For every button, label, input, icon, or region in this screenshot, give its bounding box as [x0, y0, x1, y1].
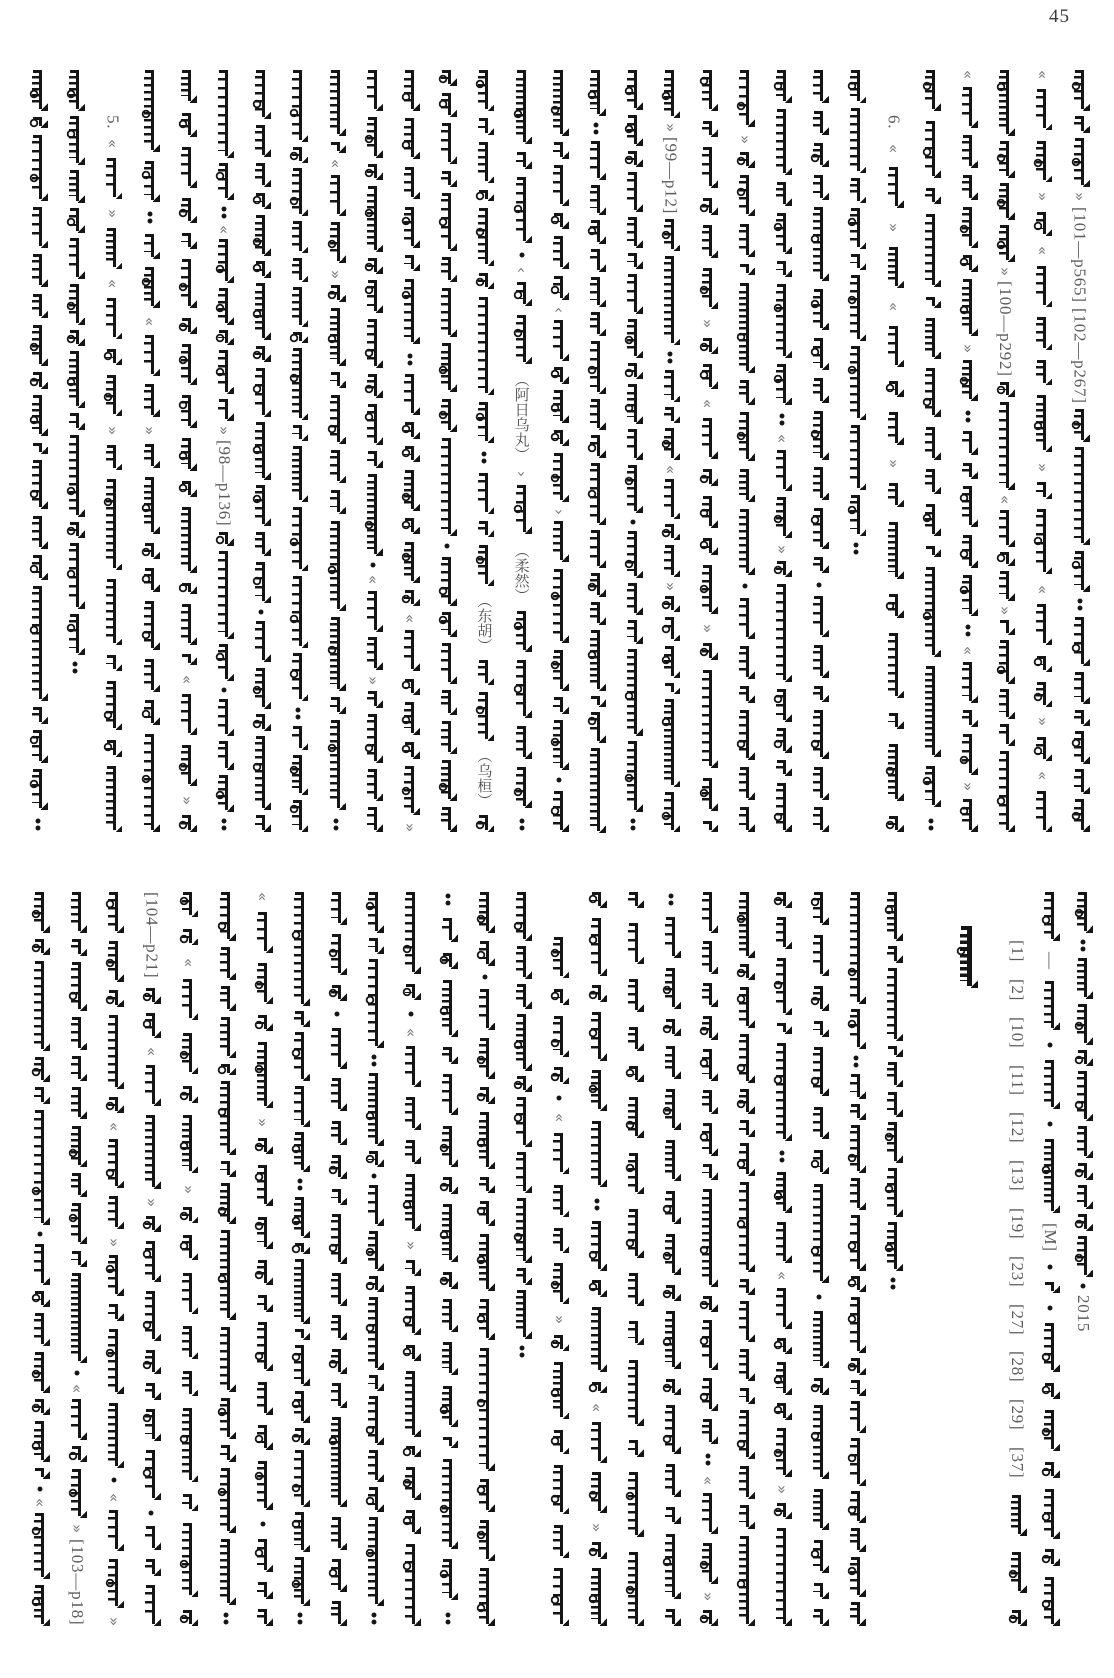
- mongolian-word: ᠶᠢᠨ: [327, 1315, 347, 1340]
- mongolian-word: ᠡᠷᠳᠡᠮᠲᠡᠨ: [401, 1371, 421, 1437]
- mongolian-word: ᠪᠢᠴᠢᠭ: [253, 963, 273, 1004]
- mongolian-word: ᠪᠡᠷ: [65, 208, 85, 233]
- mongolian-word: ᠬᠢᠲᠠᠳ: [475, 989, 495, 1030]
- mongolian-word: ᠲᠡᠢ: [883, 1092, 903, 1117]
- mongolian-word: ᠶᠢ: [65, 413, 85, 429]
- mongolian-word: ᠦᠨ: [698, 198, 718, 214]
- mongolian-word: ᠤᠨ: [1040, 1383, 1060, 1399]
- mongolian-word: ᠬᠡᠯᠡ: [586, 277, 606, 308]
- mongolian-word: ᠬᠡᠯᠡ: [1032, 317, 1052, 350]
- mongolian-word: ᠬᠡᠯᠡᠯᠴᠡᠭᠰᠡᠨ: [67, 1273, 87, 1363]
- mongolian-word: ᠶᠢᠨ: [251, 163, 271, 188]
- mongolian-word: ᠦᠭᠡᠰ: [660, 646, 680, 678]
- mongolian-word: ᠨᠢ: [290, 1011, 310, 1027]
- mongolian-word: ᠬᠡᠯᠡ: [28, 254, 48, 287]
- mongolian-word: ᠲᠡᠢ: [735, 807, 755, 832]
- mongolian-word: ᠡᠷᠲᠡᠨ: [288, 287, 308, 327]
- mongolian-word: ᠣᠷᠴᠢᠭᠤᠯᠵᠤ: [549, 569, 569, 643]
- mongolian-word: ᠪᠠᠢᠬᠤ: [809, 508, 829, 549]
- full-stop-mark: ᠃: [438, 1611, 458, 1626]
- text-column: ᠃ᠡᠨᠡᠬᠦᠰᠤᠳᠤᠯᠭ᠎ᠠᠨᠢᠬᠢᠲᠠᠳᠪᠢᠴᠢᠭᠦᠨᠰᠤᠳᠤᠯᠭ᠎ᠠᠳᠤᠰᠢ…: [436, 892, 460, 1626]
- bracket-mark: 》: [402, 1241, 420, 1250]
- mongolian-word: ᠲᠡᠮᠳᠡᠭᠯᠡᠭᠰᠡᠨ: [437, 438, 457, 536]
- mongolian-word: ᠮᠣᠩᠭᠣᠯ: [921, 368, 941, 417]
- mongolian-word: ᠰᠡᠷᠭᠦᠭᠡᠬᠦ: [178, 1523, 198, 1597]
- mongolian-word: ᠰᠢᠶᠠᠨᠪᠢ: [437, 193, 457, 250]
- mongolian-word: ᠬᠢᠲᠠᠨ: [1007, 1495, 1027, 1536]
- mongolian-word: ᠴᠢᠯᠡᠨ: [772, 1222, 792, 1263]
- comma-mark: ᠂: [809, 581, 829, 589]
- mongolian-word: ᠲᠡᠮᠳᠡᠭᠯᠡᠯ: [104, 1015, 124, 1089]
- mongolian-word: ᠢ: [660, 683, 680, 694]
- text-column: ᠳᠤᠪᠣᠯᠬᠢᠲᠠᠳᠨᠢᠰᠢᠶᠠᠨᠪᠢᠶᠢᠨᠰᠠᠯᠠᠭ᠎ᠠᠪᠣᠯᠤᠨ᠎ᠠᠭᠡᠵᠦ…: [435, 70, 459, 832]
- mongolian-word: ᠳᠤ: [474, 273, 494, 289]
- text-column: ᠡᠰᠡᠷᠭᠦᠨᠢᠲᠡᠮᠳᠡᠭᠯᠡᠯᠢᠬᠢᠷᠲᠡᠢᠪᠠᠢᠭ᠎ᠠᠬᠡᠯᠡᠬᠦᠪᠣᠯᠤ…: [881, 892, 905, 1291]
- mongolian-word: ᠡᠨᠡ: [288, 726, 308, 750]
- mongolian-word: ᠪᠡᠷ: [28, 555, 48, 580]
- mongolian-word: ᠪᠠᠷᠢᠯ: [438, 1386, 458, 1427]
- mongolian-word: ᠬᠢᠲᠠᠳ: [326, 175, 346, 216]
- mongolian-word: ᠤᠨ: [549, 213, 569, 229]
- mongolian-word: ᠴᠢᠳᠠᠭᠰᠠᠨ: [846, 425, 866, 491]
- mongolian-word: ᠣᠯᠵᠤ: [735, 1143, 755, 1176]
- comma-mark: ᠂: [1040, 1263, 1060, 1271]
- comma-mark: ᠂: [437, 542, 457, 550]
- mongolian-word: ᠨᠣᠲᠠᠯᠠᠪᠠ: [400, 279, 420, 345]
- comma-mark: ᠂: [475, 973, 495, 981]
- full-stop-mark: ᠃: [661, 892, 681, 907]
- full-stop-mark: ᠃: [140, 210, 160, 225]
- mongolian-word: ᠪᠠᠢᠨ᠎ᠠ: [958, 575, 978, 616]
- mongolian-word: ᠲᠣᠳᠤᠷᠬᠠᠢ: [846, 275, 866, 341]
- mongolian-word: ᠬᠡᠯᠡ: [735, 1349, 755, 1382]
- mongolian-word: ᠴᠢᠬᠤᠯᠠ: [290, 1032, 310, 1081]
- mongolian-word: ᠪᠣᠯᠤᠨ᠎ᠠ: [883, 1222, 903, 1271]
- bracket-mark: 》: [736, 135, 754, 144]
- mongolian-word: ᠬᠡᠯᠡ: [549, 1185, 569, 1218]
- text-column: ᠪᠣᠯᠬᠤᠶᠢᠲᠣᠭᠲᠠᠭᠠᠭᠰᠠᠨ᠃ᠬᠣᠶᠠᠳᠤᠭᠠᠷᠲᠤ᠂ᠬᠢᠲᠠᠳᠪᠢᠴᠢ…: [362, 892, 386, 1626]
- mongolian-word: ᠡᠨᠡ: [141, 1526, 161, 1551]
- mongolian-word: ᠨᠢᠭᠡᠨᠲᠡ: [288, 446, 308, 502]
- mongolian-word: ᠪᠢᠴᠢᠭ: [178, 1033, 198, 1074]
- mongolian-word: ᠲᠠᠢ: [846, 1528, 866, 1552]
- mongolian-word: ᠪᠠᠢᠭ᠎ᠠ: [475, 1520, 495, 1561]
- mongolian-word: ᠡᠨᠡ: [846, 1074, 866, 1098]
- mongolian-word: ᠲᠠᠢᠯᠪᠤᠷᠢᠯᠠᠭᠳᠠᠭ᠎ᠠ: [475, 1348, 495, 1471]
- mongolian-word: ᠬᠡᠯᠡ: [809, 70, 829, 103]
- mongolian-word: ᠳᠠᠭᠤᠳᠠᠯᠭ᠎ᠠ: [288, 348, 308, 420]
- mongolian-word: ᠳ: [1040, 1282, 1060, 1293]
- mongolian-word: ᠪᠠᠢᠨ᠎ᠠ: [772, 364, 792, 405]
- mongolian-word: ᠪᠡᠷ: [549, 276, 569, 301]
- mongolian-word: ᠡᠰᠡᠷᠭᠦ: [883, 892, 903, 941]
- text-column: ᠪᠣᠯᠬᠤᠶᠢᠡᠷᠲᠡᠨᠦᠲᠣᠭᠤᠪᠴᠢᠳᠤᠲᠡᠮᠳᠡᠭᠯᠡᠭᠰᠡᠨᠪᠠᠢᠨ᠎ᠠ…: [472, 70, 496, 832]
- mongolian-word: ᠴᠢᠬᠤᠯᠠ: [846, 1438, 866, 1486]
- mongolian-word: ᠬᠡᠯᠡ: [623, 217, 643, 249]
- mongolian-word: ᠳᠤ: [30, 939, 50, 955]
- mongolian-word: ᠳᠤ: [735, 964, 755, 980]
- mongolian-word: ᠦᠨ: [67, 1446, 87, 1462]
- mongolian-word: ᠢ: [290, 1329, 310, 1340]
- mongolian-word: ᠶᠢ: [327, 1189, 347, 1205]
- mongolian-word: ᠲᠡᠢ: [809, 175, 829, 200]
- mongolian-word: ᠬᠡᠯᠡ: [251, 125, 271, 158]
- mongolian-word: ᠪᠢᠴᠢᠭ: [698, 1543, 718, 1584]
- mongolian-word: ᠰᠢᠨᠵᠢᠯᠡᠭᠰᠡᠨ: [921, 666, 941, 756]
- mongolian-word: ᠬᠡᠯᠡ: [327, 1273, 347, 1306]
- mongolian-word: ᠬᠢᠲᠠᠳ: [1032, 604, 1052, 645]
- mongolian-word: ᠮᠣᠩᠭᠣᠯ: [735, 1034, 755, 1083]
- mongolian-word: ᠤᠨ: [401, 1345, 421, 1361]
- mongolian-word: ᠬᠠᠮᠤᠭ: [735, 175, 755, 216]
- mongolian-word: ᠤᠨ: [884, 381, 904, 397]
- mongolian-word: ᠬᠢᠲᠠᠳ: [400, 630, 420, 671]
- latin-reference: 5.: [103, 115, 121, 129]
- mongolian-word: ᠮᠣᠩᠭᠣᠯ: [661, 1405, 681, 1454]
- mongolian-word: ᠬᠢᠲᠠᠳ: [102, 298, 122, 339]
- mongolian-word: ᠮᠣᠩᠭᠣᠯ: [214, 239, 234, 283]
- mongolian-word: ᠨᠣᠲᠠᠯᠭ᠎ᠠ: [251, 422, 271, 479]
- mongolian-word: ᠭᠠᠷᠤᠯ: [624, 1097, 644, 1138]
- mongolian-word: ᠪᠢᠴᠢᠭ: [438, 1126, 458, 1167]
- mongolian-word: ᠲᠠᠢᠯᠪᠤᠷᠢᠯᠠᠭᠰᠠᠨ: [290, 892, 310, 1006]
- mongolian-word: ᠮᠣᠩᠭᠣᠯ: [216, 892, 236, 941]
- mongolian-word: ᠲᠡᠮᠳᠡᠭᠯᠡᠭᠰᠡᠨ: [772, 584, 792, 682]
- mongolian-word: ᠦᠭᠡ: [327, 1349, 347, 1374]
- mongolian-word: ᠪᠠᠢᠭ᠎ᠠ: [883, 1122, 903, 1163]
- mongolian-word: ᠢᠶᠡᠷ: [623, 429, 643, 461]
- mongolian-word: ᠲᠣᠭᠲᠠᠭᠠᠬᠤ: [288, 576, 308, 648]
- mongolian-word: ᠬᠡᠯᠡ: [363, 637, 383, 670]
- mongolian-word: ᠣᠷᠣᠯᠴᠠᠵᠤ: [65, 543, 85, 609]
- mongolian-word: ᠬᠢᠲᠠᠳ: [140, 335, 160, 376]
- mongolian-word: ᠲᠠᠢᠯᠪᠤᠷᠢ: [586, 630, 606, 692]
- bracket-mark: 》: [996, 267, 1014, 276]
- bracket-mark: 〉: [550, 509, 568, 515]
- mongolian-word: ᠦᠭᠡ: [177, 198, 197, 223]
- mongolian-word: ᠰᠤᠳᠤᠯᠭ᠎ᠠ: [958, 279, 978, 336]
- mongolian-word: ᠢ: [438, 1437, 458, 1448]
- bracket-mark: 》: [773, 1485, 791, 1494]
- text-column: ᠣᠯᠠᠨᠬᠢᠲᠠᠳᠦᠭᠡᠶᠢᠮᠣᠩᠭᠣᠯᠬᠡᠯᠡᠪᠡᠷᠲᠠᠢᠯᠪᠤᠷᠢᠯᠠᠵᠤ᠂…: [807, 892, 831, 1626]
- mongolian-word: ᠶᠢᠨ: [586, 602, 606, 625]
- notes-citation: ᠬᠡᠪᠯᠡᠯ—ᠨᠠᠮᠵᠢᠯ᠂ᠴᠢᠩᠭᠢᠰ᠂ᠬᠠᠰᠪᠠᠭᠠᠲᠤ[M]᠂ᠳ᠂ᠮᠣᠩᠭ…: [1038, 892, 1062, 1626]
- mongolian-word: ᠨᠢ: [846, 1104, 866, 1120]
- mongolian-word: ᠤᠳᠬ᠎ᠠ: [327, 1559, 347, 1592]
- mongolian-word: ᠬᠡᠯᠡ: [1073, 1126, 1093, 1159]
- mongolian-word: ᠶᠢᠨ: [846, 1602, 866, 1626]
- bracket-mark: 《: [996, 495, 1014, 504]
- mongolian-word: ᠳᠠᠭᠤᠳᠠᠯᠭ᠎ᠠ: [178, 1408, 198, 1482]
- mongolian-word: ᠲᠡᠷᠡ: [660, 370, 680, 402]
- mongolian-word: ᠰᠢᠨ᠎ᠡ: [438, 1299, 458, 1332]
- text-column: ᠬᠣᠷᠢᠯᠦᠭᠡᠰᠦᠨᠬᠢᠲᠠᠳᠬᠡᠯᠡᠶᠢᠬᠢᠲᠠᠳᠪᠢᠴᠢᠭᠦᠨᠳᠦᠷᠢᠮᠢ…: [621, 70, 645, 832]
- bracket-mark: 》: [996, 606, 1014, 615]
- mongolian-word: ᠬᠢᠲᠠᠳ: [214, 699, 234, 736]
- mongolian-word: ᠴᠢᠬᠤᠯᠠ: [698, 1320, 718, 1369]
- mongolian-word: ᠬᠠᠷᠠᠭᠤᠯᠵᠤ: [772, 284, 792, 358]
- latin-reference: [29]: [1008, 1399, 1026, 1431]
- mongolian-word: ᠳᠤ: [512, 1076, 532, 1092]
- mongolian-word: ᠬᠢᠲᠠᠳ: [549, 165, 569, 206]
- mongolian-word: ᠮᠣᠩᠭᠣᠯ: [251, 70, 271, 119]
- full-stop-mark: ᠃: [698, 1452, 718, 1467]
- comma-mark: ᠂: [253, 1520, 273, 1528]
- mongolian-word: ᠨᠢ: [141, 1559, 161, 1575]
- mongolian-word: ᠦᠨ: [178, 929, 198, 945]
- bracket-mark: 》: [141, 426, 159, 435]
- mongolian-word: ᠲᠡᠭᠦᠨ: [772, 1172, 792, 1213]
- mongolian-word: ᠠᠰᠢᠭᠯᠠᠬᠤ: [661, 1534, 681, 1600]
- mongolian-word: ᠶᠢ: [30, 1087, 50, 1103]
- mongolian-word: ᠶᠢᠨ: [178, 1371, 198, 1396]
- mongolian-word: ᠶᠢ: [216, 1161, 236, 1177]
- mongolian-word: ᠬᠡᠯᠡ: [921, 427, 941, 460]
- mongolian-word: ᠳᠦᠩᠬᠦ: [474, 545, 494, 586]
- mongolian-word: ᠦᠭᠡ: [1032, 682, 1052, 707]
- mongolian-word: ᠤᠬᠤᠸᠠᠨ: [474, 692, 494, 741]
- mongolian-word: ᠬᠡᠯᠡ: [140, 384, 160, 417]
- mongolian-word: ᠮᠣᠩᠭᠣᠯ: [735, 1410, 755, 1459]
- mongolian-word: ᠪᠠᠢᠨ᠎ᠠ: [474, 402, 494, 443]
- latin-reference: [28]: [1008, 1351, 1026, 1383]
- mongolian-word: ᠮᠣᠩᠭᠣᠯ: [809, 1047, 829, 1096]
- mongolian-word: ᠬᠢᠲᠠᠳ: [363, 70, 383, 111]
- mongolian-word: ᠲᠦᠭᠦᠬᠡ: [214, 350, 234, 394]
- mongolian-word: ᠲᠡᠮᠳᠡᠭᠯᠡᠯ: [921, 214, 941, 288]
- bracket-mark: 》: [105, 1617, 123, 1626]
- mongolian-word: ᠶᠢᠨ: [1032, 360, 1052, 385]
- mongolian-word: ᠬᠢᠲᠠᠳ: [698, 892, 718, 933]
- mongolian-word: ᠬᠢᠲᠠᠳ: [437, 643, 457, 684]
- mongolian-word: ᠲᠣᠳᠤᠷᠬᠠᠢᠯᠠᠭᠰᠠᠨ: [846, 892, 866, 1004]
- mongolian-word: ᠦᠨ: [65, 330, 85, 346]
- text-column: ᠪᠣᠯᠤᠨ᠎ᠠ》[99—p12]ᠭᠡᠵᠦᠲᠡᠮᠳᠡᠭᠯᠡᠵᠡᠢ᠃ᠲᠡᠷᠡᠨᠢᠪᠠ…: [658, 70, 682, 832]
- mongolian-word: ᠬᠡᠯᠡ: [624, 979, 644, 1012]
- mongolian-word: ᠬᠡᠯᠡ: [216, 947, 236, 980]
- full-stop-mark: ᠃: [772, 412, 792, 427]
- mongolian-word: ᠴᠤᠳ: [437, 612, 457, 637]
- mongolian-word: ᠳᠦᠷᠢᠮ: [30, 1421, 50, 1462]
- mongolian-word: ᠬᠢᠭᠡᠳ: [102, 228, 122, 269]
- mongolian-word: ᠲᠡᠮᠳᠡᠭᠯᠡᠵᠡᠢ: [660, 256, 680, 344]
- mongolian-word: ᠲᠡᠢ: [67, 1056, 87, 1081]
- mongolian-word: ᠨᠢ: [67, 939, 87, 955]
- bracket-mark: 《: [142, 1047, 160, 1056]
- mongolian-word: ᠬᠢᠲᠠᠳ: [587, 1422, 607, 1463]
- mongolian-word: ᠭᠠᠷᠤᠯ: [67, 1126, 87, 1167]
- full-stop-mark: ᠃: [65, 660, 85, 675]
- mongolian-word: ᠬᠡᠯᠡ: [735, 646, 755, 679]
- bracket-mark: 《: [773, 1271, 791, 1280]
- bracket-mark: 《: [103, 139, 121, 148]
- mongolian-word: ᠴᠢᠯᠡᠬᠦ: [65, 116, 85, 165]
- mongolian-word: ᠰᠤᠳᠤᠯᠭ᠎ᠠ: [178, 1115, 198, 1172]
- mongolian-word: ᠣᠢᠷ᠎ᠠ: [846, 70, 866, 103]
- mongolian-word: ᠣᠷᠣᠭᠤᠯᠬᠤ: [512, 1198, 532, 1264]
- mongolian-word: ᠨᠢ: [735, 686, 755, 702]
- mongolian-word: ᠡᠷᠳᠡᠮᠲᠡᠨ: [177, 507, 197, 573]
- mongolian-word: ᠬᠤᠪᠢᠳᠠ: [809, 411, 829, 460]
- mongolian-word: ᠤᠯᠤᠰ: [549, 390, 569, 423]
- full-stop-mark: ᠃: [660, 350, 680, 365]
- mongolian-word: ᠬᠢᠲᠠᠳ: [995, 510, 1015, 547]
- mongolian-word: ᠬᠡᠯᠡᠪᠡ: [67, 1469, 87, 1518]
- mongolian-word: ᠳᠤ: [474, 815, 494, 831]
- mongolian-word: ᠦᠭᠡ: [772, 728, 792, 753]
- mongolian-word: ᠮᠣᠩᠭᠣᠯ: [140, 601, 160, 650]
- mongolian-word: ᠲᠦᠭᠦᠬᠡ: [549, 453, 569, 502]
- bracket-mark: 《: [401, 614, 419, 623]
- mongolian-word: ᠬᠢᠲᠠᠳ: [177, 694, 197, 735]
- mongolian-word: ᠬᠡᠯᠡ: [549, 236, 569, 269]
- mongolian-word: ᠨᠢ: [809, 686, 829, 702]
- mongolian-word: ᠰᠤᠳᠤᠯᠭ᠎ᠠ: [475, 1112, 495, 1169]
- mongolian-word: ᠬᠣᠶᠠᠷ: [958, 486, 978, 527]
- mongolian-word: ᠲᠡᠳᠡᠭᠡᠷ: [809, 1311, 829, 1368]
- mongolian-word: ᠢᠯᠡᠷᠡᠭᠦᠯᠦᠨ: [363, 474, 383, 556]
- text-column: ᠠᠷᠭ᠎ᠠᠪᠠᠷᠬᠢᠲᠠᠳᠦᠭᠡᠶᠢᠤᠩᠰᠢᠬᠤᠳᠤᠬᠦᠷᠴᠦᠣᠯᠠᠨᠤᠯᠤᠰᠤ…: [175, 70, 199, 832]
- mongolian-word: ᠬᠡᠯᠡ: [809, 1107, 829, 1140]
- full-stop-mark: ᠃: [512, 817, 532, 832]
- mongolian-word: ᠬᠢᠲᠠᠳ: [735, 598, 755, 639]
- mongolian-word: ᠪᠣᠯᠬᠤ: [104, 1255, 124, 1296]
- mongolian-word: ᠦᠨ: [1073, 1214, 1093, 1230]
- mongolian-word: ᠨᠢ: [772, 760, 792, 776]
- mongolian-word: ᠲᠡᠮᠳᠡᠭᠯᠡᠭᠰᠡᠨ: [474, 297, 494, 395]
- mongolian-word: ᠬᠥᠭᠵᠢᠭᠦᠯᠬᠦ: [65, 435, 85, 517]
- mongolian-word: ᠶᠢᠨ: [288, 258, 308, 282]
- full-stop-mark: ᠃: [883, 1276, 903, 1291]
- mongolian-word: ᠬᠢᠲᠠᠳ: [1032, 89, 1052, 130]
- mongolian-word: ᠰᠡᠭᠦᠯ: [549, 1016, 569, 1057]
- latin-reference: [12]: [1008, 1112, 1026, 1144]
- mongolian-word: ᠳᠠᠭᠤᠳᠠᠯᠭ᠎ᠠ: [251, 736, 271, 810]
- mongolian-word: ᠳᠦ: [698, 643, 718, 659]
- mongolian-word: ᠪᠢᠴᠢᠭ: [363, 117, 383, 158]
- text-column: ᠪᠠᠢᠬᠤᠪᠢᠴᠢᠭᠦᠨᠲᠡᠮᠳᠡᠭᠯᠡᠯᠳᠤ《ᠮᠣᠩᠭᠣᠯᠬᠡᠯᠡ》ᠪᠣᠯᠬᠤ…: [102, 892, 126, 1626]
- mongolian-word: ᠬᠠᠮᠤᠭ: [549, 937, 569, 978]
- mongolian-word: ᠶᠢ: [624, 1440, 644, 1456]
- mongolian-word: ᠨᠡᠮᠡᠷ: [512, 1152, 532, 1193]
- mongolian-word: ᠪᠠᠢᠨ᠎ᠠ: [28, 769, 48, 810]
- bracket-mark: 《: [103, 279, 121, 288]
- mongolian-word: ᠪᠣᠯᠪᠠᠴᠤ: [475, 1568, 495, 1625]
- mongolian-word: ᠬᠢᠲᠠᠳ: [178, 979, 198, 1020]
- mongolian-word: ᠰᠣᠶᠣᠯ: [958, 734, 978, 775]
- mongolian-word: ᠮᠣᠩᠭᠣᠯ: [253, 1322, 273, 1371]
- text-column: ᠮᠣᠩᠭᠣᠯᠬᠡᠯᠡᠶᠢᠨᠰᠤᠳᠤᠯᠭ᠎ᠠᠳᠤᠴᠢᠬᠤᠯᠠᠨᠡᠮᠡᠷᠣᠷᠣᠭᠤᠯ…: [510, 892, 534, 1359]
- mongolian-word: ᠲᠡᠭᠦᠨ: [65, 70, 85, 111]
- mongolian-word: ᠦᠨ: [809, 1378, 829, 1394]
- mongolian-word: ᠦᠨ: [549, 1335, 569, 1351]
- mongolian-word: ᠲᠤᠬᠠᠢ: [288, 755, 308, 795]
- mongolian-word: ᠶᠢᠨ: [437, 257, 457, 282]
- bracket-mark: 《: [588, 1403, 606, 1412]
- mongolian-word: ᠪᠡᠷ: [1032, 737, 1052, 762]
- mongolian-word: ᠪᠣᠯᠤᠨ: [512, 611, 532, 652]
- mongolian-word: ᠤᠨ: [177, 481, 197, 497]
- text-column: ᠪᠣᠯᠤᠨ᠎ᠠ᠃ᠬᠢᠲᠠᠳᠬᠡᠯᠡᠪᠠᠷᠲᠡᠢᠬᠡᠯᠡᠶᠢᠨᠰᠤᠳᠤᠯᠤᠯᠬᠡᠯ…: [584, 70, 608, 832]
- latin-reference: [99—p12]: [661, 137, 679, 214]
- mongolian-word: ᠮᠣᠩᠭᠣᠯ: [363, 714, 383, 763]
- mongolian-word: ᠮᠣᠩᠭᠣᠯ: [1073, 1071, 1093, 1120]
- mongolian-word: ᠪᠢᠷ: [178, 892, 198, 917]
- mongolian-word: ᠲᠦᠭᠦᠬᠡ: [698, 565, 718, 614]
- chinese-gloss: （乌桓）: [475, 748, 493, 808]
- full-stop-mark: ᠃: [216, 1611, 236, 1626]
- mongolian-word: ᠨᠠᠮᠵᠢᠯ: [1040, 981, 1060, 1030]
- text-column: ᠪᠠᠢᠭᠤᠯᠤᠯᠶᠢᠬᠢᠲᠠᠳᠤᠨᠬᠡᠯᠡᠪᠡᠷ〈ᠬᠢᠲᠠᠳᠤᠨᠤᠯᠤᠰᠤᠨᠲᠦ…: [547, 70, 571, 832]
- mongolian-word: ᠪᠠᠢᠷ᠎ᠠ: [587, 1070, 607, 1111]
- mongolian-word: ᠦᠵᠡᠪᠡ: [660, 792, 680, 832]
- mongolian-word: ᠶᠢ: [549, 142, 569, 158]
- full-stop-mark: ᠃: [214, 817, 234, 832]
- mongolian-word: ᠤᠩᠰᠢᠵᠤ: [253, 1461, 273, 1510]
- mongolian-word: ᠤᠳᠬ᠎ᠠ: [809, 1540, 829, 1573]
- mongolian-word: ᠪᠣᠯ: [140, 568, 160, 593]
- mongolian-word: ᠬᠡᠯᠡ: [288, 221, 308, 253]
- mongolian-word: ᠢ: [177, 654, 197, 665]
- mongolian-word: ᠨᠢ: [661, 1609, 681, 1625]
- latin-reference: [2]: [1008, 979, 1026, 1001]
- mongolian-word: ᠶᠢ: [104, 1304, 124, 1320]
- mongolian-word: ᠬᠡᠯᠡ: [698, 225, 718, 258]
- text-column: ᠰᠤᠳᠤᠯᠤᠭᠰᠠᠨᠪᠠᠢᠨ᠎ᠠ᠃ᠡᠨᠡᠲᠤᠬᠠᠢ《ᠬᠢᠲᠠᠳᠬᠡᠯᠡ》ᠶᠢᠨᠰ…: [138, 70, 162, 832]
- mongolian-word: ᠪᠢᠴᠢᠭ: [698, 268, 718, 309]
- text-column: [104—p21]ᠳᠤᠪᠣᠯ《ᠬᠢᠲᠠᠳᠬᠡᠯᠡᠯᠴᠡᠭᠡ》ᠳᠤᠪᠠᠢᠬᠤᠮᠣᠩ…: [139, 892, 163, 1626]
- latin-reference: [23]: [1008, 1256, 1026, 1288]
- mongolian-word: ᠬᠡᠯᠡᠭᠰᠡᠨ: [216, 1539, 236, 1605]
- mongolian-word: ᠬᠣᠷᠢᠯ: [623, 70, 643, 110]
- mongolian-word: ᠬᠢᠲᠠᠳ: [363, 591, 383, 632]
- mongolian-word: ᠲᠦ: [327, 985, 347, 1001]
- mongolian-word: ᠡᠷᠳᠡᠮᠲᠡᠨ: [102, 766, 122, 832]
- mongolian-word: ᠳᠠᠭᠤᠳᠠᠯᠭ᠎ᠠ: [364, 1297, 384, 1370]
- mongolian-word: ᠲᠣᠳᠤᠷᠬᠠᠢᠯᠠᠬᠤ: [698, 1189, 718, 1287]
- mongolian-word: ᠢ: [586, 696, 606, 707]
- mongolian-word: ᠬᠢᠷ: [883, 1062, 903, 1087]
- mongolian-word: ᠪᠢᠴᠢᠭ: [251, 668, 271, 709]
- mongolian-word: ᠢ: [772, 1023, 792, 1034]
- mongolian-word: ᠪᠣᠯᠤᠨ᠎ᠠ: [660, 70, 680, 118]
- mongolian-word: ᠬᠡᠯᠡ: [512, 946, 532, 979]
- mongolian-word: ᠶᠢ: [698, 1164, 718, 1180]
- mongolian-word: ᠬᠢᠲᠠᠳ: [772, 1288, 792, 1329]
- mongolian-word: ᠦ: [290, 1243, 310, 1254]
- mongolian-word: ᠶᠢᠨ: [809, 111, 829, 136]
- mongolian-word: ᠮᠣᠩᠭᠣᠯ: [437, 557, 457, 606]
- mongolian-word: ᠴᠢᠩᠭᠢᠰ: [1040, 1060, 1060, 1109]
- mongolian-word: ᠶᠢ: [549, 697, 569, 713]
- mongolian-word: ᠮᠣᠩᠭᠣᠯ: [327, 1214, 347, 1263]
- mongolian-word: ᠮᠣᠩᠭᠣᠯ: [512, 892, 532, 941]
- mongolian-word: ᠬᠡᠯᠡ: [549, 1525, 569, 1558]
- mongolian-word: ᠲᠡᠮᠳᠡᠭᠯᠡᠭᠰᠡᠨ: [772, 1528, 792, 1626]
- mongolian-word: ᠣᠯᠠᠨ: [363, 280, 383, 313]
- mongolian-word: ᠳᠤ: [846, 1358, 866, 1374]
- mongolian-word: ᠴᠢ: [846, 1380, 866, 1396]
- mongolian-word: ᠦ: [216, 1064, 236, 1075]
- mongolian-word: ᠤᠳᠬ᠎ᠠ: [809, 338, 829, 371]
- mongolian-word: ᠰᠤᠳᠤᠯᠭ᠎ᠠ: [438, 1204, 458, 1261]
- mongolian-word: ᠴᠢᠬᠤᠯᠠ: [512, 1097, 532, 1146]
- mongolian-word: ᠮᠣᠩᠭᠣᠯ: [141, 1291, 161, 1340]
- bracket-mark: 《: [773, 434, 791, 443]
- mongolian-word: ᠲᠡᠢ: [623, 620, 643, 644]
- bracket-mark: 》: [327, 270, 345, 279]
- mongolian-word: ᠲᠡᠢ: [735, 1505, 755, 1530]
